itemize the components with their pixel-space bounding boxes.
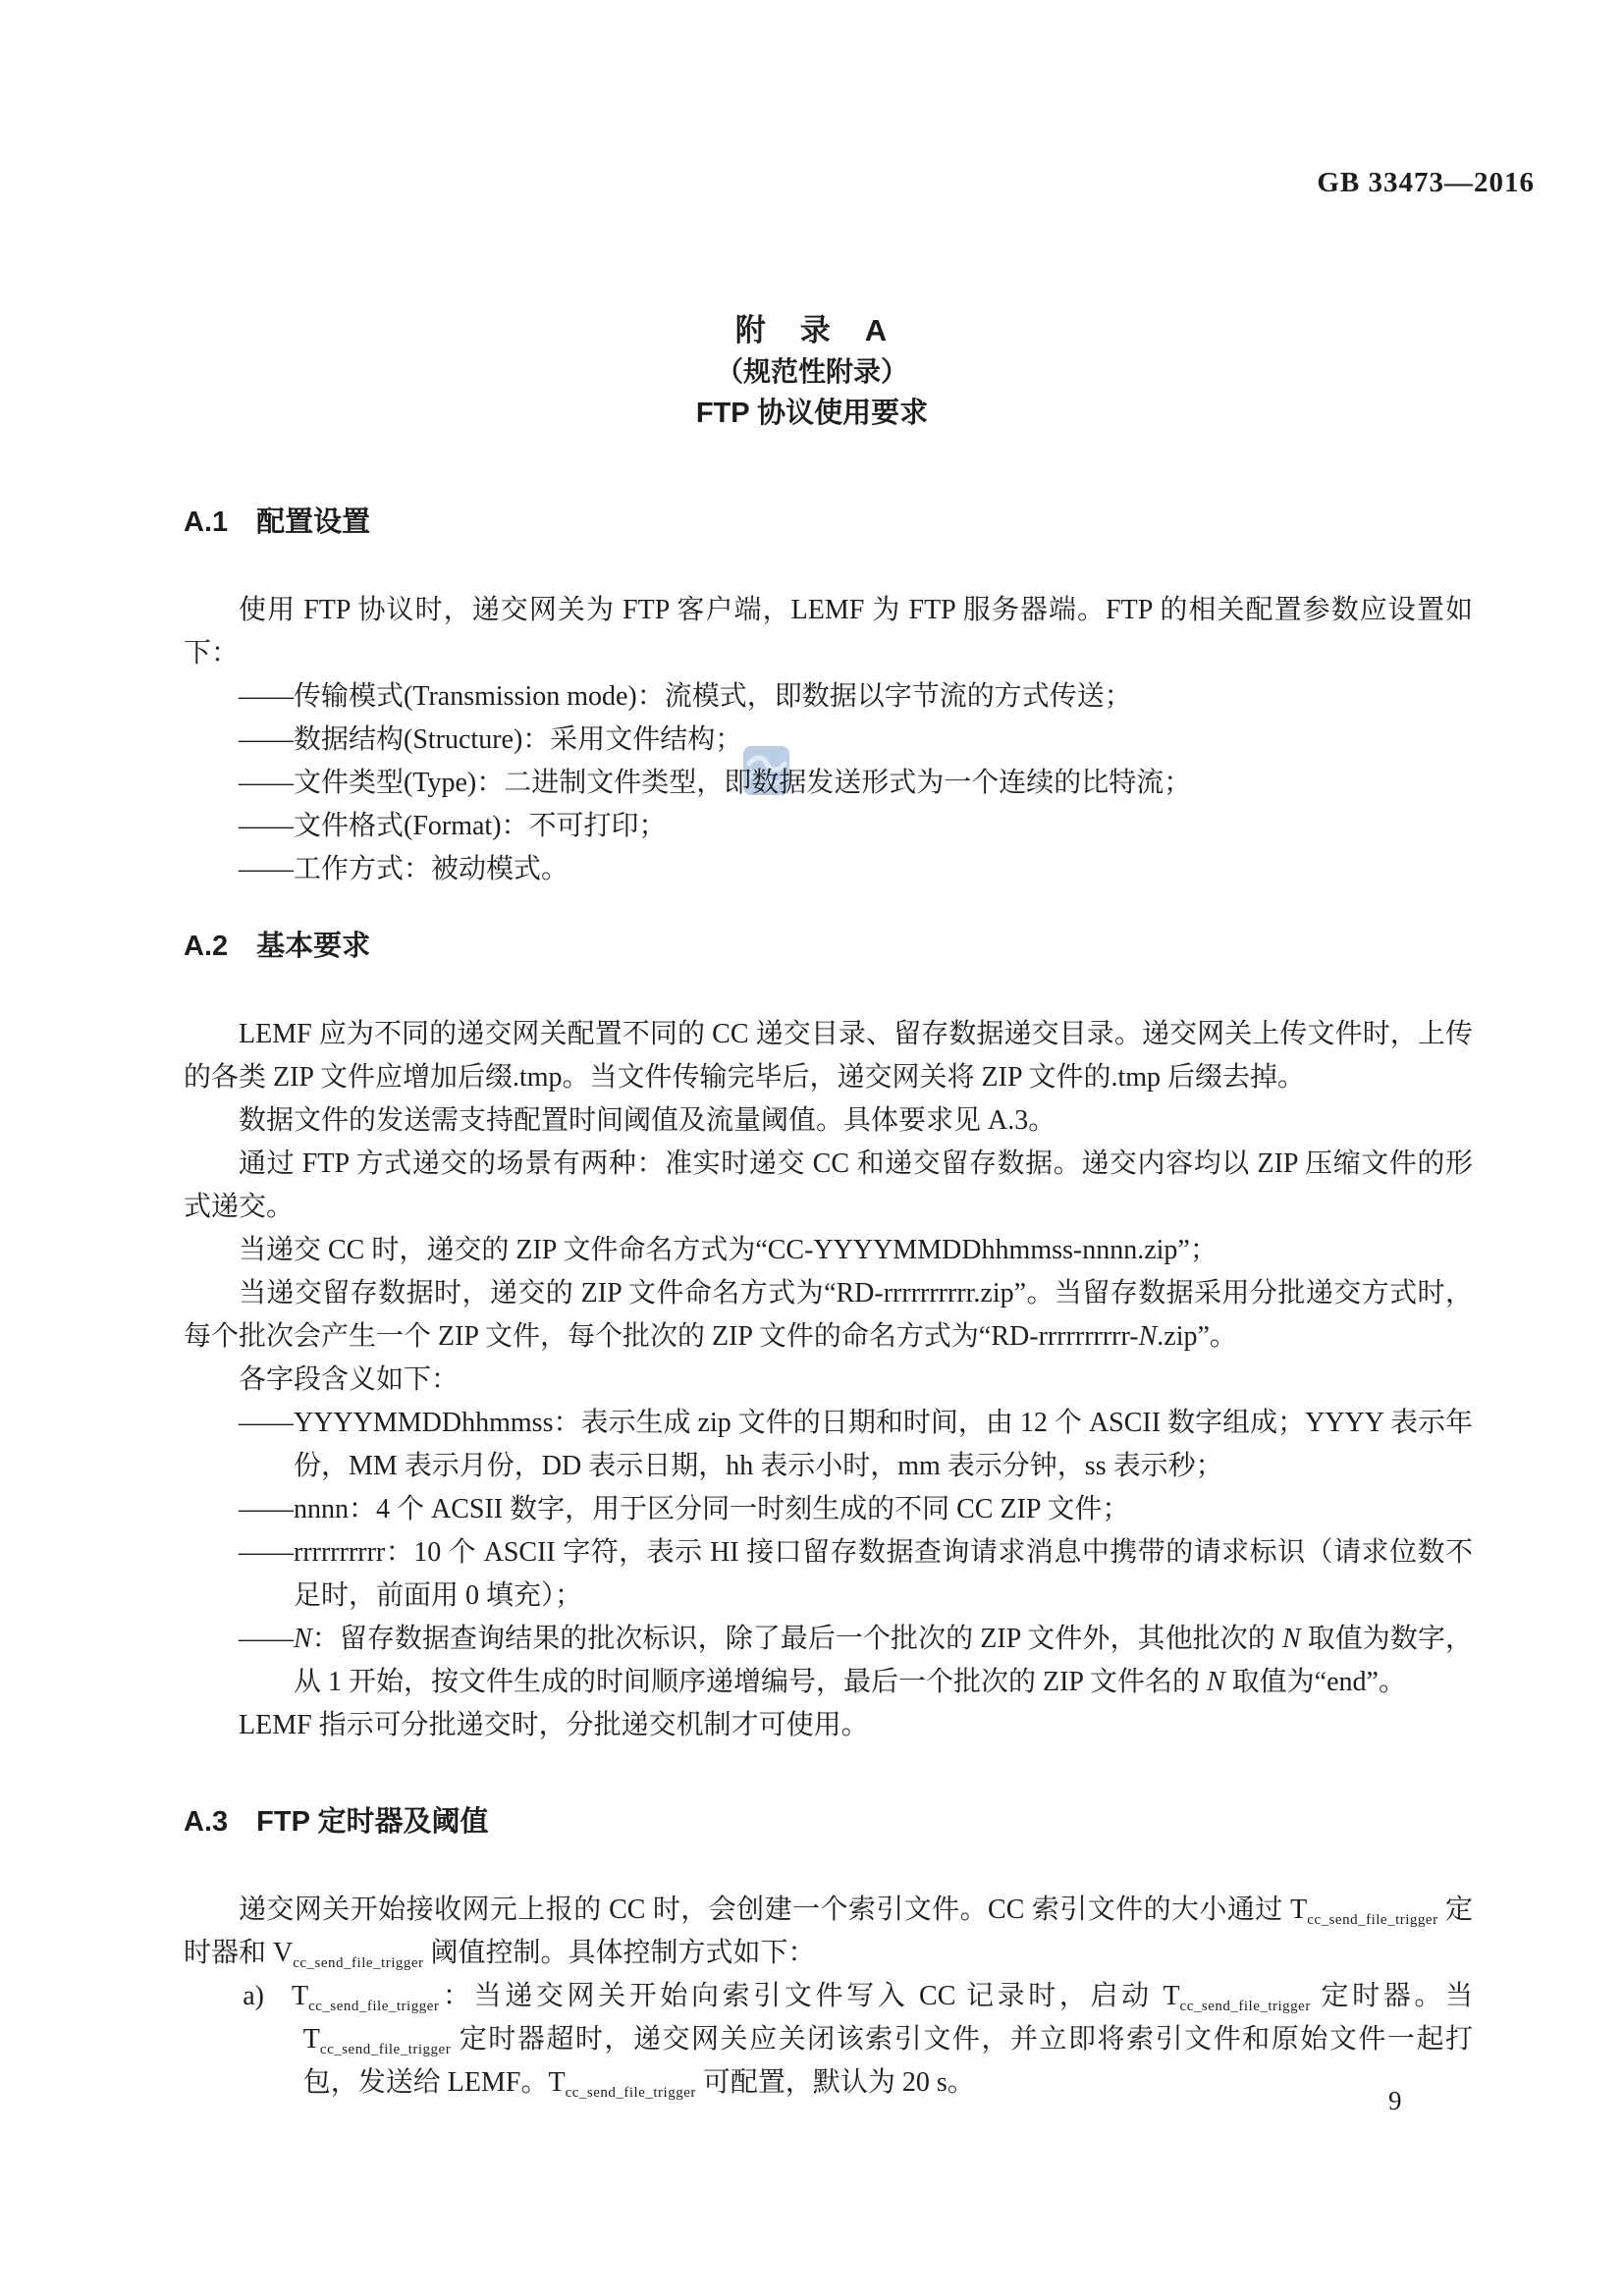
dash-list-item: ——YYYYMMDDhhmmss：表示生成 zip 文件的日期和时间，由 12 …: [184, 1402, 1473, 1488]
section-a2: A.2基本要求 LEMF 应为不同的递交网关配置不同的 CC 递交目录、留存数据…: [184, 929, 1473, 1747]
alpha-list-text: Tcc_send_file_trigger：当递交网关开始向索引文件写入 CC …: [292, 1981, 1473, 2098]
paragraph: 当递交留存数据时，递交的 ZIP 文件命名方式为“RD-rrrrrrrrrr.z…: [184, 1272, 1473, 1359]
alpha-list-marker: a): [243, 1981, 264, 2011]
paragraph: LEMF 指示可分批递交时，分批递交机制才可使用。: [184, 1704, 1473, 1747]
document-page: GB 33473—2016 附 录 A （规范性附录） FTP 协议使用要求 A…: [0, 0, 1624, 2296]
section-a2-heading: A.2基本要求: [184, 929, 1473, 964]
dash-list-item: ——数据结构(Structure)：采用文件结构；: [184, 719, 1473, 762]
dash-list-item: ——文件类型(Type)：二进制文件类型，即数据发送形式为一个连续的比特流；: [184, 762, 1473, 805]
dash-list-item: ——nnnn：4 个 ACSII 数字，用于区分同一时刻生成的不同 CC ZIP…: [184, 1488, 1473, 1531]
paragraph: 使用 FTP 协议时，递交网关为 FTP 客户端，LEMF 为 FTP 服务器端…: [184, 589, 1473, 675]
section-a1-title: 配置设置: [256, 507, 370, 538]
appendix-title: 附 录 A: [0, 310, 1624, 351]
appendix-name: FTP 协议使用要求: [0, 393, 1624, 434]
paragraph: 各字段含义如下：: [184, 1359, 1473, 1402]
dash-list-item: ——工作方式：被动模式。: [184, 848, 1473, 891]
dash-list-item: ——传输模式(Transmission mode)：流模式，即数据以字节流的方式…: [184, 675, 1473, 719]
section-a3-heading: A.3FTP 定时器及阈值: [184, 1804, 1473, 1840]
paragraph: 当递交 CC 时，递交的 ZIP 文件命名方式为“CC-YYYYMMDDhhmm…: [184, 1229, 1473, 1272]
section-a3-number: A.3: [184, 1806, 228, 1838]
paragraph: LEMF 应为不同的递交网关配置不同的 CC 递交目录、留存数据递交目录。递交网…: [184, 1013, 1473, 1099]
paragraph: 递交网关开始接收网元上报的 CC 时，会创建一个索引文件。CC 索引文件的大小通…: [184, 1889, 1473, 1975]
standard-number: GB 33473—2016: [1317, 167, 1535, 199]
alpha-list-item: a)Tcc_send_file_trigger：当递交网关开始向索引文件写入 C…: [184, 1975, 1473, 2105]
section-a3-title: FTP 定时器及阈值: [256, 1806, 488, 1838]
appendix-title-block: 附 录 A （规范性附录） FTP 协议使用要求: [0, 310, 1624, 434]
section-a1-heading: A.1配置设置: [184, 505, 1473, 540]
appendix-subtitle: （规范性附录）: [0, 351, 1624, 393]
dash-list-item: ——rrrrrrrrrr：10 个 ASCII 字符，表示 HI 接口留存数据查…: [184, 1531, 1473, 1618]
section-a2-number: A.2: [184, 931, 228, 962]
dash-list-item: ——文件格式(Format)：不可打印；: [184, 805, 1473, 848]
dash-list-item: ——N：留存数据查询结果的批次标识，除了最后一个批次的 ZIP 文件外，其他批次…: [184, 1618, 1473, 1704]
paragraph: 数据文件的发送需支持配置时间阈值及流量阈值。具体要求见 A.3。: [184, 1099, 1473, 1143]
paragraph: 通过 FTP 方式递交的场景有两种：准实时递交 CC 和递交留存数据。递交内容均…: [184, 1143, 1473, 1229]
section-a2-title: 基本要求: [256, 931, 370, 962]
section-a1-number: A.1: [184, 507, 228, 538]
section-a1: A.1配置设置 使用 FTP 协议时，递交网关为 FTP 客户端，LEMF 为 …: [184, 505, 1473, 891]
section-a3: A.3FTP 定时器及阈值 递交网关开始接收网元上报的 CC 时，会创建一个索引…: [184, 1804, 1473, 2105]
